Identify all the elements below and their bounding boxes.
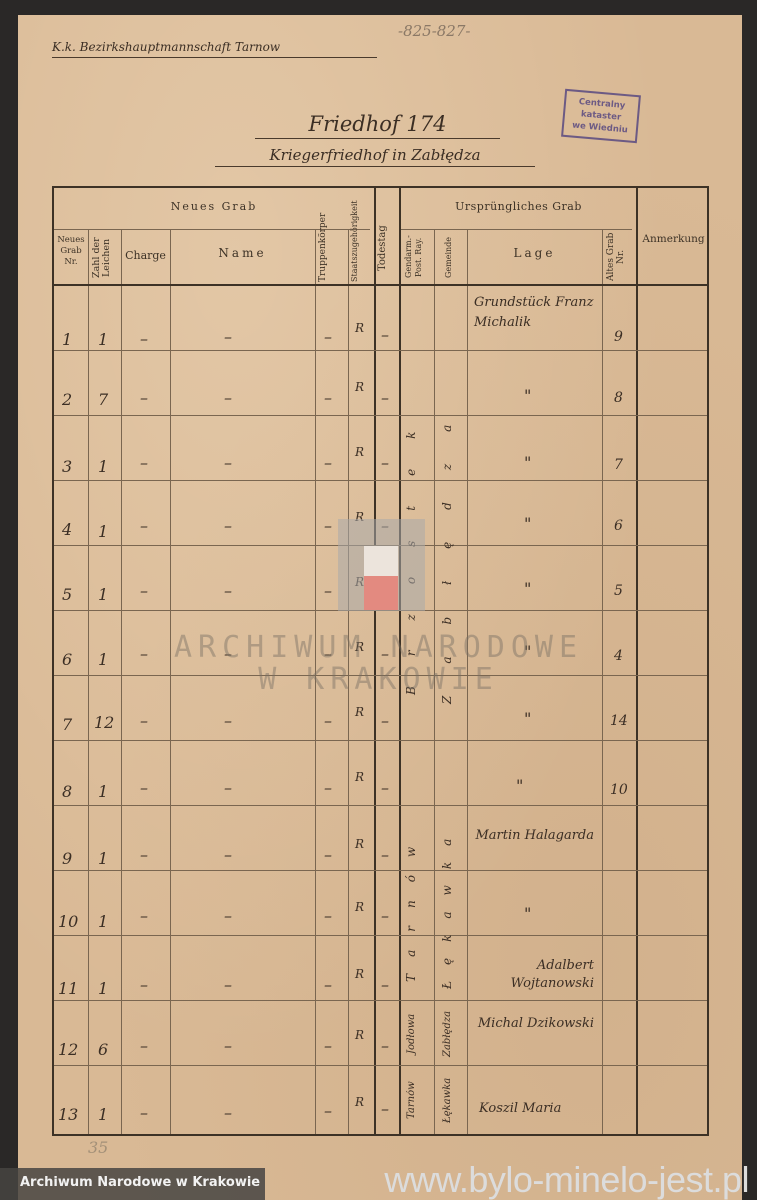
cell-bodies: 7 <box>98 390 108 409</box>
cell-nationality: R <box>355 967 364 981</box>
cell-location: " <box>524 453 531 472</box>
cell-nationality: R <box>355 1028 364 1042</box>
cell-grave-no: 7 <box>62 715 72 734</box>
cell-rank: – <box>140 453 148 472</box>
cell-grave-no: 10 <box>58 912 78 931</box>
cell-location: " <box>516 776 523 795</box>
cell-name: – <box>224 845 232 864</box>
cell-death-date: – <box>381 1036 389 1055</box>
cell-unit: – <box>324 711 332 730</box>
cell-bodies: 1 <box>98 979 108 998</box>
table-row: 13 1 – – – R – Koszil Maria <box>54 1065 707 1130</box>
column-header-gendarm-post: Gendarm.-Post. Ray. <box>404 232 430 282</box>
gendarm-post-text: Jodłowa <box>407 1003 417 1065</box>
cell-unit: – <box>324 845 332 864</box>
cell-bodies: 1 <box>98 457 108 476</box>
column-header-rank: Charge <box>121 250 170 261</box>
cell-name: – <box>224 327 232 346</box>
cell-name: – <box>224 778 232 797</box>
cell-name: – <box>224 1036 232 1055</box>
cell-nationality: R <box>355 380 364 394</box>
cell-grave-no: 12 <box>58 1040 78 1059</box>
cell-location: Koszil Maria <box>479 1101 561 1116</box>
cell-death-date: – <box>381 845 389 864</box>
cell-rank: – <box>140 516 148 535</box>
cell-nationality: R <box>355 770 364 784</box>
cell-rank: – <box>140 906 148 925</box>
cell-location: " <box>524 514 531 533</box>
cell-grave-no: 11 <box>58 979 78 998</box>
cell-name: – <box>224 453 232 472</box>
cell-nationality: R <box>355 1095 364 1109</box>
cell-bodies: 6 <box>98 1040 108 1059</box>
cell-location: " <box>524 386 531 405</box>
archive-label: Archiwum Narodowe w Krakowie <box>0 1168 265 1200</box>
cell-death-date: – <box>381 1099 389 1118</box>
cell-nationality: R <box>355 321 364 335</box>
cell-location: Adalbert Wojtanowski <box>474 957 594 993</box>
divider <box>401 229 632 230</box>
cell-name: – <box>224 581 232 600</box>
cell-death-date: – <box>381 453 389 472</box>
cell-name: – <box>224 711 232 730</box>
cell-location: " <box>524 709 531 728</box>
table-row: 1 1 – – – R – Grundstück Franz Michalik … <box>54 285 707 350</box>
cell-death-date: – <box>381 325 389 344</box>
cell-grave-no: 9 <box>62 849 72 868</box>
cell-grave-no: 1 <box>62 330 72 349</box>
cell-unit: – <box>324 778 332 797</box>
cell-unit: – <box>324 1101 332 1120</box>
cell-bodies: 1 <box>98 522 108 541</box>
group-header-original-grave: Ursprüngliches Grab <box>401 200 636 213</box>
page-title: Friedhof 174 <box>255 112 500 139</box>
cell-name: – <box>224 1103 232 1122</box>
cell-bodies: 1 <box>98 912 108 931</box>
cell-unit: – <box>324 516 332 535</box>
cell-grave-no: 4 <box>62 520 72 539</box>
archive-flag-watermark <box>338 519 425 611</box>
cell-location: Martin Halagarda <box>474 827 594 845</box>
page-subtitle: Kriegerfriedhof in Zabłędza <box>215 146 535 167</box>
cell-rank: – <box>140 581 148 600</box>
cell-bodies: 1 <box>98 1105 108 1124</box>
watermark-line-2: W KRAKOWIE <box>0 662 757 697</box>
cell-name: – <box>224 975 232 994</box>
cell-death-date: – <box>381 778 389 797</box>
cell-grave-no: 8 <box>62 782 72 801</box>
cell-location: Grundstück Franz Michalik <box>474 293 594 333</box>
cell-bodies: 1 <box>98 849 108 868</box>
cell-name: – <box>224 516 232 535</box>
cell-nationality: R <box>355 705 364 719</box>
group-header-new-grave: Neues Grab <box>54 200 374 213</box>
cell-rank: – <box>140 975 148 994</box>
cell-old-grave-no: 8 <box>614 390 623 406</box>
column-header-old-grave-no: Altes Grab Nr. <box>606 232 632 282</box>
cell-old-grave-no: 14 <box>610 713 628 729</box>
cell-name: – <box>224 906 232 925</box>
municipality-text: Zabłędza <box>443 1003 453 1065</box>
cell-grave-no: 5 <box>62 585 72 604</box>
cell-bodies: 1 <box>98 782 108 801</box>
cell-name: – <box>224 388 232 407</box>
archive-stamp: Centralny kataster we Wiedniu <box>561 89 641 143</box>
cell-rank: – <box>140 329 148 348</box>
page-number: 35 <box>88 1138 108 1157</box>
column-header-nationality: Staatszugehörigkeit <box>350 232 372 282</box>
cell-death-date: – <box>381 906 389 925</box>
cell-nationality: R <box>355 837 364 851</box>
column-header-grave-no: Neues Grab Nr. <box>54 235 88 268</box>
cell-unit: – <box>324 453 332 472</box>
cell-unit: – <box>324 906 332 925</box>
watermark-line-1: ARCHIWUM NARODOWE <box>0 630 757 665</box>
cell-location: " <box>524 904 531 923</box>
column-header-bodies: Zahl der Leichen <box>92 234 112 282</box>
cell-old-grave-no: 5 <box>614 583 623 599</box>
municipality-text: Łękawka <box>443 1068 453 1132</box>
column-header-death-date: Todestag <box>378 218 388 278</box>
column-header-remarks: Anmerkung <box>638 234 709 245</box>
cell-rank: – <box>140 711 148 730</box>
office-name: K.k. Bezirkshauptmannschaft Tarnow <box>52 40 377 58</box>
cell-death-date: – <box>381 975 389 994</box>
column-header-municipality: Gemeinde <box>444 234 454 280</box>
cell-death-date: – <box>381 711 389 730</box>
municipality-text: Łękawka <box>442 813 452 998</box>
cell-old-grave-no: 10 <box>610 782 628 798</box>
municipality-text: Zabłędza <box>442 288 452 808</box>
table-row: 8 1 – – – R – " 10 <box>54 740 707 805</box>
cell-grave-no: 2 <box>62 390 72 409</box>
cell-bodies: 1 <box>98 330 108 349</box>
cell-unit: – <box>324 581 332 600</box>
cell-rank: – <box>140 845 148 864</box>
cell-unit: – <box>324 388 332 407</box>
cell-death-date: – <box>381 388 389 407</box>
cell-unit: – <box>324 327 332 346</box>
column-header-name: Name <box>170 248 315 259</box>
cell-grave-no: 13 <box>58 1105 78 1124</box>
site-url[interactable]: www.bylo-minelo-jest.pl <box>384 1160 749 1200</box>
cell-old-grave-no: 9 <box>614 329 623 345</box>
table-row: 11 1 – – – R – Adalbert Wojtanowski <box>54 935 707 1000</box>
cell-bodies: 12 <box>94 713 114 732</box>
cell-grave-no: 3 <box>62 457 72 476</box>
column-header-location: Lage <box>467 248 602 259</box>
table-row: 9 1 – – – R – Martin Halagarda <box>54 805 707 870</box>
column-header-unit: Truppenkörper <box>318 232 344 282</box>
cell-old-grave-no: 6 <box>614 518 623 534</box>
table-row: 10 1 – – – R – " <box>54 870 707 935</box>
cell-rank: – <box>140 778 148 797</box>
table-row: 12 6 – – – R – Michal Dzikowski <box>54 1000 707 1065</box>
table-row: 2 7 – – – R – " 8 <box>54 350 707 415</box>
cell-location: Michal Dzikowski <box>474 1014 594 1034</box>
cell-unit: – <box>324 1036 332 1055</box>
cell-nationality: R <box>355 900 364 914</box>
cell-rank: – <box>140 1103 148 1122</box>
cell-rank: – <box>140 1036 148 1055</box>
cell-old-grave-no: 7 <box>614 457 623 473</box>
table-row: 3 1 – – – R – " 7 <box>54 415 707 480</box>
cell-unit: – <box>324 975 332 994</box>
archive-reference: -825-827- <box>398 22 470 40</box>
cell-nationality: R <box>355 445 364 459</box>
gendarm-post-text: Tarnów <box>406 813 416 998</box>
gendarm-post-text: Tarnów <box>407 1068 417 1132</box>
cell-bodies: 1 <box>98 585 108 604</box>
cell-location: " <box>524 579 531 598</box>
cell-rank: – <box>140 388 148 407</box>
